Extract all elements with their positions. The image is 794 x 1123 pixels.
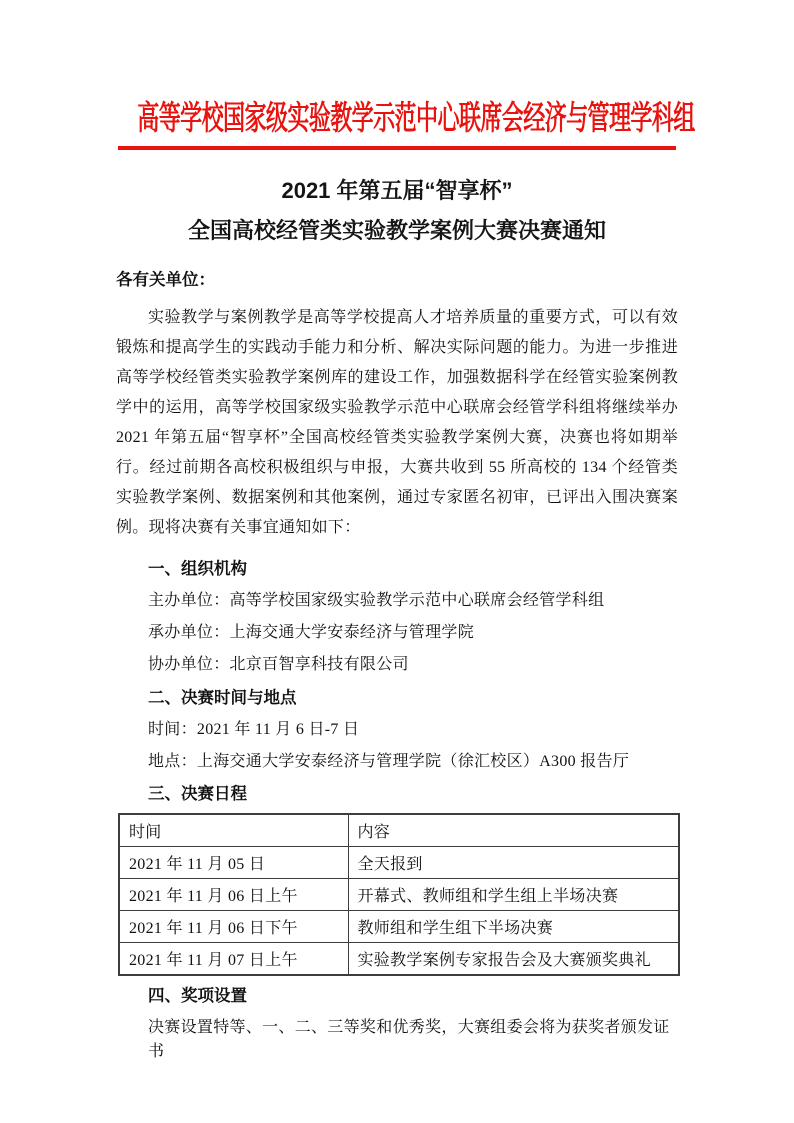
section-heading-time-place: 二、决赛时间与地点	[116, 687, 678, 710]
schedule-cell-content: 实验教学案例专家报告会及大赛颁奖典礼	[348, 942, 679, 975]
document-body: 各有关单位： 实验教学与案例教学是高等学校提高人才培养质量的重要方式，可以有效锻…	[0, 268, 794, 1064]
schedule-table: 时间 内容 2021 年 11 月 05 日 全天报到 2021 年 11 月 …	[118, 813, 680, 976]
section-heading-awards: 四、奖项设置	[116, 985, 678, 1008]
schedule-cell-time: 2021 年 11 月 06 日上午	[119, 878, 348, 910]
schedule-header-time: 时间	[119, 814, 348, 847]
salutation: 各有关单位：	[116, 268, 678, 292]
intro-paragraph: 实验教学与案例教学是高等学校提高人才培养质量的重要方式，可以有效锻炼和提高学生的…	[116, 303, 678, 543]
table-row: 2021 年 11 月 07 日上午 实验教学案例专家报告会及大赛颁奖典礼	[119, 942, 679, 975]
schedule-cell-time: 2021 年 11 月 06 日下午	[119, 910, 348, 942]
schedule-cell-time: 2021 年 11 月 07 日上午	[119, 942, 348, 975]
org-organizer-line: 承办单位：上海交通大学安泰经济与管理学院	[116, 621, 678, 645]
schedule-cell-content: 教师组和学生组下半场决赛	[348, 910, 679, 942]
section-heading-organization: 一、组织机构	[116, 558, 678, 581]
final-time-line: 时间：2021 年 11 月 6 日-7 日	[116, 718, 678, 742]
schedule-cell-content: 开幕式、教师组和学生组上半场决赛	[348, 878, 679, 910]
org-co-organizer-line: 协办单位：北京百智享科技有限公司	[116, 653, 678, 677]
org-host-line: 主办单位：高等学校国家级实验教学示范中心联席会经管学科组	[116, 589, 678, 613]
document-title-line2: 全国高校经管类实验教学案例大赛决赛通知	[0, 216, 794, 246]
table-row: 2021 年 11 月 06 日下午 教师组和学生组下半场决赛	[119, 910, 679, 942]
letterhead-banner-text: 高等学校国家级实验教学示范中心联席会经济与管理学科组	[137, 96, 694, 142]
section-heading-schedule: 三、决赛日程	[116, 783, 678, 806]
schedule-cell-content: 全天报到	[348, 846, 679, 878]
schedule-header-content: 内容	[348, 814, 679, 847]
notice-document-page: 高等学校国家级实验教学示范中心联席会经济与管理学科组 2021 年第五届“智享杯…	[0, 0, 794, 1123]
schedule-cell-time: 2021 年 11 月 05 日	[119, 846, 348, 878]
letterhead-rule	[118, 146, 676, 150]
schedule-header-row: 时间 内容	[119, 814, 679, 847]
awards-body-line: 决赛设置特等、一、二、三等奖和优秀奖，大赛组委会将为获奖者颁发证书	[116, 1016, 678, 1064]
table-row: 2021 年 11 月 06 日上午 开幕式、教师组和学生组上半场决赛	[119, 878, 679, 910]
table-row: 2021 年 11 月 05 日 全天报到	[119, 846, 679, 878]
letterhead-banner: 高等学校国家级实验教学示范中心联席会经济与管理学科组	[0, 96, 794, 142]
document-title-line1: 2021 年第五届“智享杯”	[0, 176, 794, 206]
final-place-line: 地点：上海交通大学安泰经济与管理学院（徐汇校区）A300 报告厅	[116, 750, 678, 774]
